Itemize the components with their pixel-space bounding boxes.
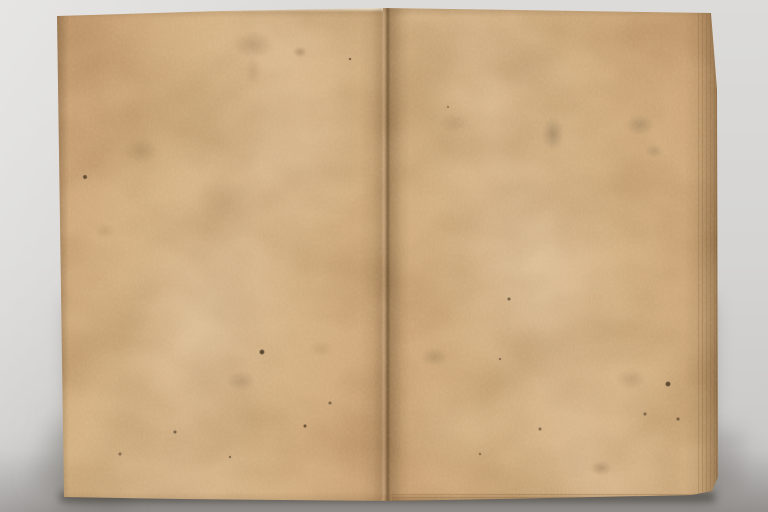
left-page-top-edge-highlight bbox=[187, 8, 383, 12]
studio-photo-backdrop bbox=[0, 0, 768, 512]
right-page-content bbox=[388, 8, 718, 504]
right-blank-page bbox=[388, 8, 718, 504]
left-page-content bbox=[57, 8, 389, 504]
center-fold-gutter bbox=[372, 8, 402, 504]
open-book bbox=[0, 0, 768, 512]
fore-edge-page-stack bbox=[698, 8, 718, 504]
left-blank-page bbox=[57, 8, 389, 504]
